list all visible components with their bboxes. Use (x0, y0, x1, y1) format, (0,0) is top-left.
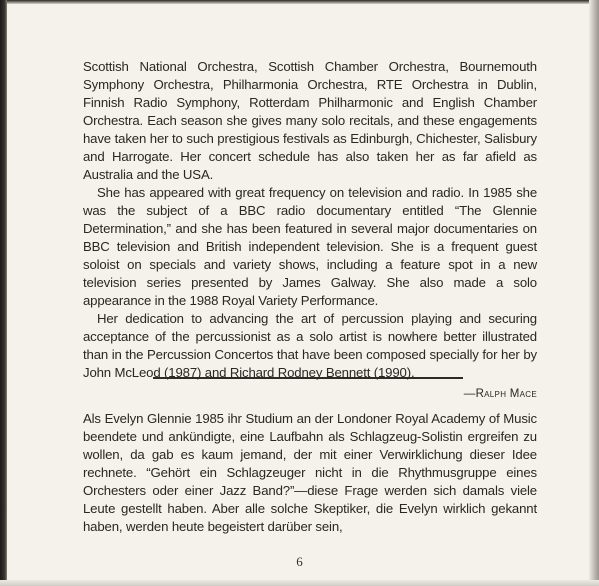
english-text-block: Scottish National Orchestra, Scottish Ch… (83, 58, 537, 403)
author-name: —Ralph Mace (464, 388, 537, 400)
author-attribution: —Ralph Mace (83, 385, 537, 403)
page-top-edge (0, 0, 599, 4)
german-text-block: Als Evelyn Glennie 1985 ihr Studium an d… (83, 410, 537, 536)
page-right-edge (589, 0, 599, 586)
page-bottom-edge (0, 580, 599, 586)
german-paragraph-1: Als Evelyn Glennie 1985 ihr Studium an d… (83, 410, 537, 536)
section-divider (153, 377, 463, 379)
page-left-edge (0, 0, 7, 586)
english-paragraph-3: Her dedication to advancing the art of p… (83, 310, 537, 382)
english-paragraph-2: She has appeared with great frequency on… (83, 184, 537, 310)
page-number: 6 (0, 554, 599, 570)
english-paragraph-1: Scottish National Orchestra, Scottish Ch… (83, 58, 537, 184)
booklet-page: Scottish National Orchestra, Scottish Ch… (0, 0, 599, 586)
